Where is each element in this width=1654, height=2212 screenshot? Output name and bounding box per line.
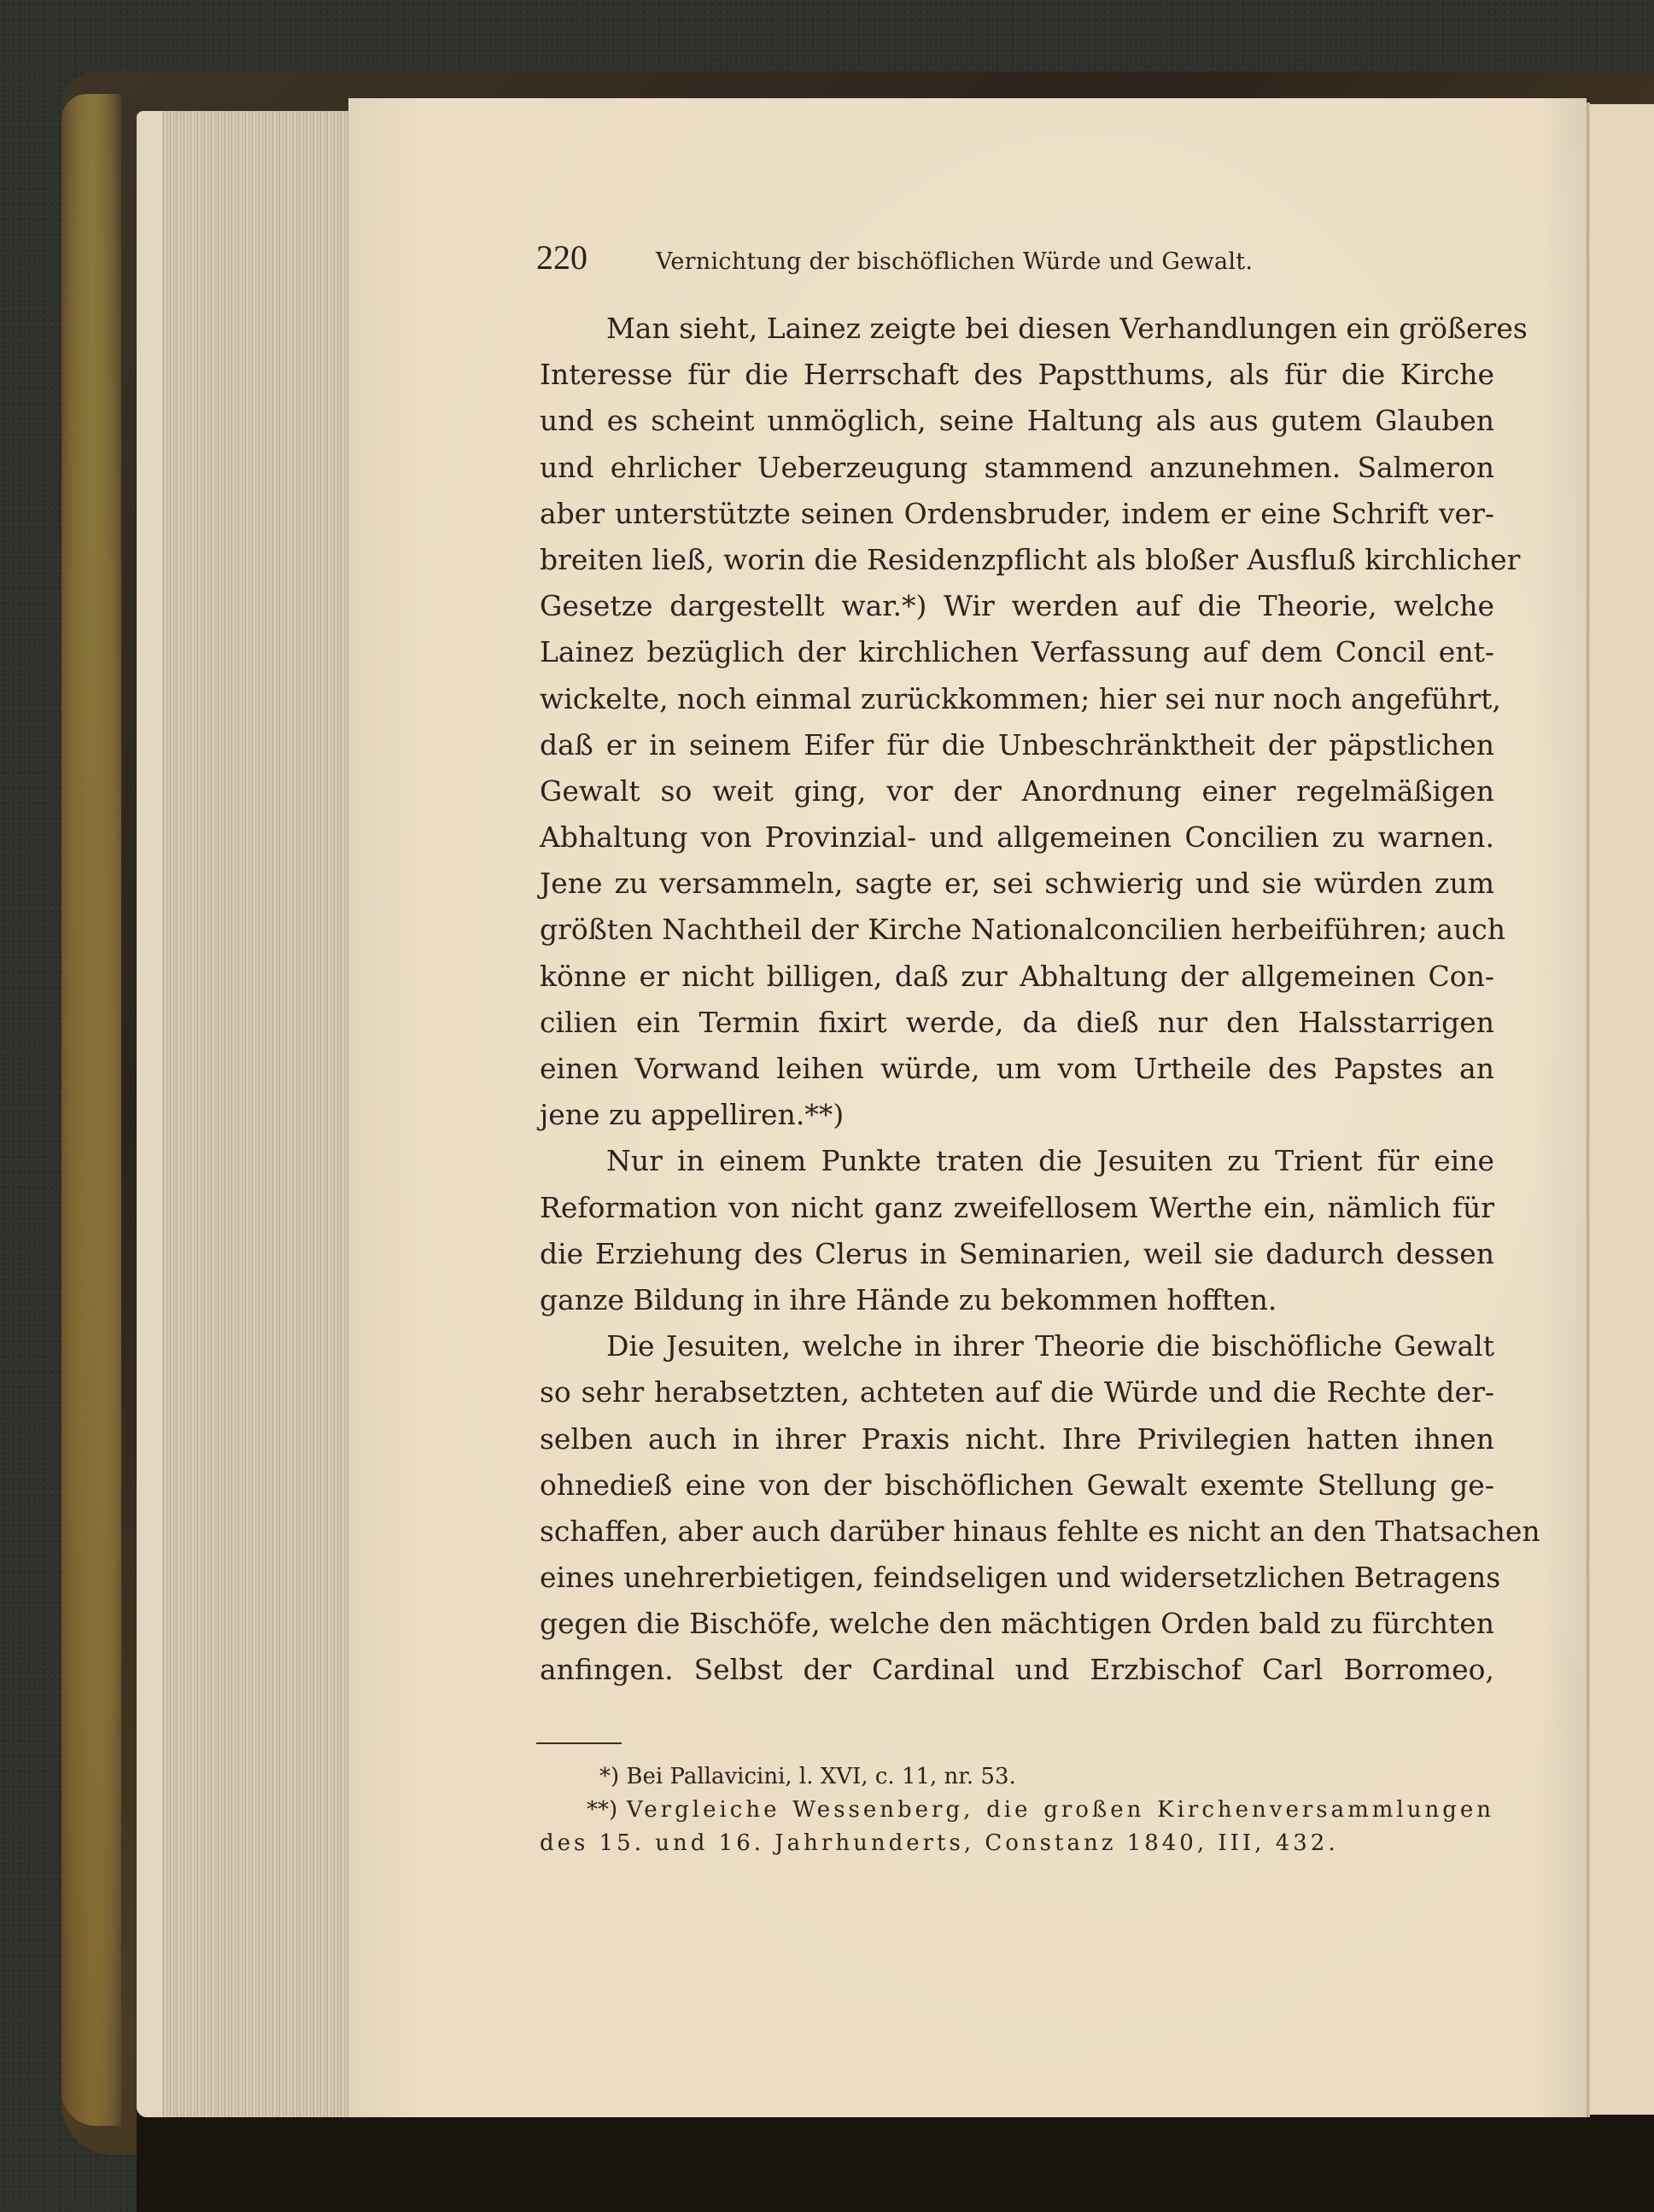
text-line: selben auch in ihrer Praxis nicht. Ihre … — [540, 1416, 1494, 1462]
page-number: 220 — [536, 237, 656, 277]
text-line: Nur in einem Punkte traten die Jesuiten … — [540, 1138, 1494, 1184]
text-line: Gewalt so weit ging, vor der Anordnung e… — [540, 768, 1494, 814]
footnote-marker: *) — [599, 1764, 619, 1789]
footnote-divider — [536, 1742, 622, 1744]
footnotes: *) Bei Pallavicini, l. XVI, c. 11, nr. 5… — [540, 1760, 1494, 1860]
text-line: gegen die Bischöfe, welche den mächtigen… — [540, 1601, 1494, 1647]
text-line: cilien ein Termin fixirt werde, da dieß … — [540, 1000, 1494, 1046]
text-line: so sehr herabsetzten, achteten auf die W… — [540, 1369, 1494, 1415]
text-line: und ehrlicher Ueberzeugung stammend anzu… — [540, 445, 1494, 491]
book-bottom-shadow — [137, 2109, 1654, 2212]
page-stack-edges — [137, 111, 350, 2117]
text-line: aber unterstützte seinen Ordensbruder, i… — [540, 491, 1494, 537]
text-line: Man sieht, Lainez zeigte bei diesen Verh… — [540, 306, 1494, 352]
page-stack-outer-edge — [137, 111, 162, 2117]
text-line: schaffen, aber auch darüber hinaus fehlt… — [540, 1509, 1494, 1555]
text-line: Jene zu versammeln, sagte er, sei schwie… — [540, 861, 1494, 907]
page-header: 220 Vernichtung der bischöflichen Würde … — [536, 237, 1493, 280]
facing-page-edge — [1590, 104, 1654, 2115]
text-line: ganze Bildung in ihre Hände zu bekommen … — [540, 1277, 1494, 1323]
text-line: ohnedieß eine von der bischöflichen Gewa… — [540, 1462, 1494, 1509]
footnote-text: Bei Pallavicini, l. XVI, c. 11, nr. 53. — [626, 1764, 1015, 1789]
text-line: breiten ließ, worin die Residenzpflicht … — [540, 537, 1494, 583]
text-line: und es scheint unmöglich, seine Haltung … — [540, 398, 1494, 444]
text-line: daß er in seinem Eifer für die Unbeschrä… — [540, 722, 1494, 768]
text-line: könne er nicht billigen, daß zur Abhaltu… — [540, 954, 1494, 1000]
body-text: Man sieht, Lainez zeigte bei diesen Verh… — [540, 306, 1494, 1694]
footnote-text: des 15. und 16. Jahrhunderts, Constanz 1… — [540, 1830, 1339, 1856]
running-head: Vernichtung der bischöflichen Würde und … — [656, 248, 1253, 275]
text-line: anfingen. Selbst der Cardinal und Erzbis… — [540, 1647, 1494, 1693]
footnote-marker: **) — [587, 1797, 617, 1823]
text-line: Reformation von nicht ganz zweifellosem … — [540, 1185, 1494, 1231]
text-line: Lainez bezüglich der kirchlichen Verfass… — [540, 629, 1494, 675]
text-line: wickelte, noch einmal zurückkommen; hier… — [540, 676, 1494, 722]
text-line: Interesse für die Herrschaft des Papstth… — [540, 352, 1494, 398]
text-line: Gesetze dargestellt war.*) Wir werden au… — [540, 583, 1494, 629]
text-line: eines unehrerbietigen, feindseligen und … — [540, 1555, 1494, 1601]
text-line: die Erziehung des Clerus in Seminarien, … — [540, 1231, 1494, 1277]
text-line: Die Jesuiten, welche in ihrer Theorie di… — [540, 1323, 1494, 1369]
text-line: jene zu appelliren.**) — [540, 1092, 1494, 1138]
text-line: Abhaltung von Provinzial- und allgemeine… — [540, 814, 1494, 861]
text-line: größten Nachtheil der Kirche Nationalcon… — [540, 907, 1494, 953]
footnote-2: **) Vergleiche Wessenberg, die großen Ki… — [540, 1794, 1494, 1827]
footnote-2-continuation: des 15. und 16. Jahrhunderts, Constanz 1… — [540, 1827, 1494, 1860]
footnote-1: *) Bei Pallavicini, l. XVI, c. 11, nr. 5… — [540, 1760, 1494, 1794]
marbled-binding-edge — [61, 94, 121, 2126]
text-line: einen Vorwand leihen würde, um vom Urthe… — [540, 1046, 1494, 1092]
footnote-text: Vergleiche Wessenberg, die großen Kirche… — [627, 1797, 1494, 1823]
